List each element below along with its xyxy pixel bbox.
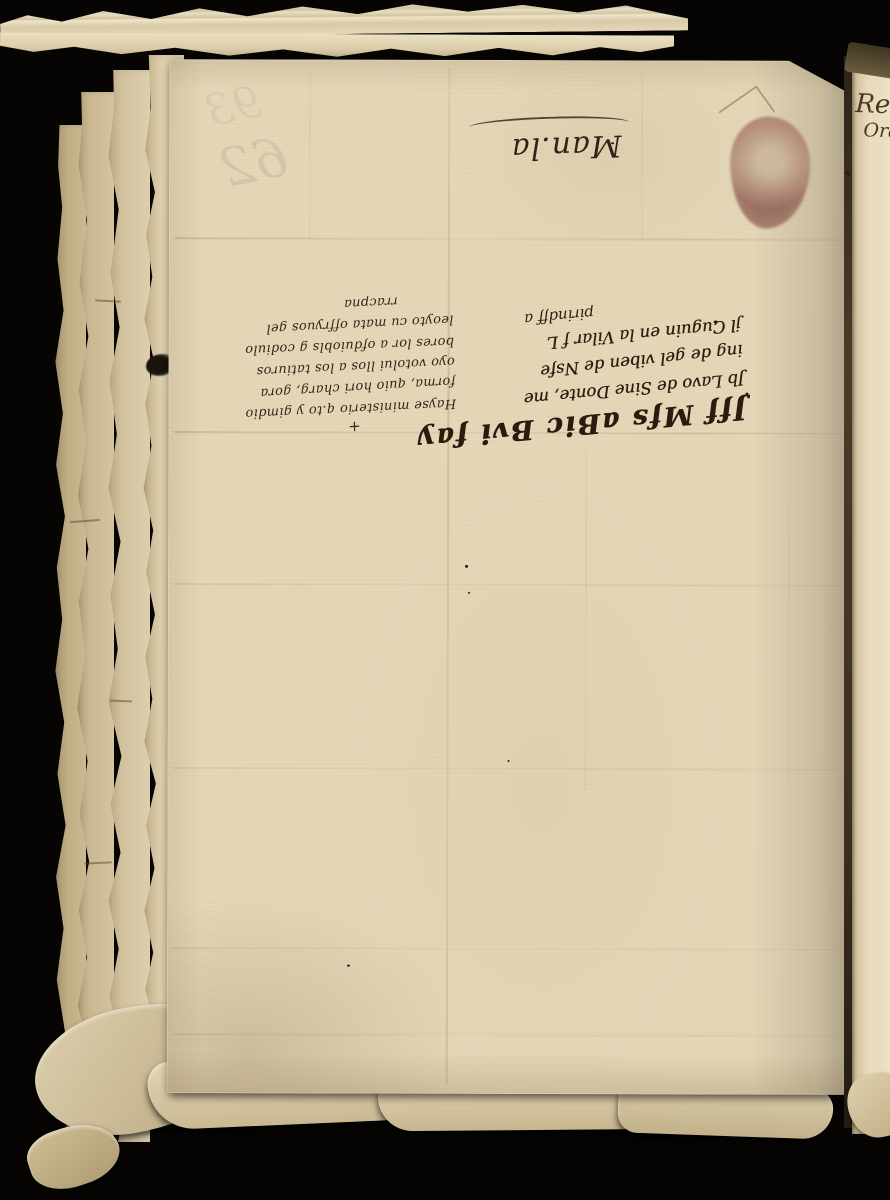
ink-speck — [745, 393, 748, 395]
docket-title-block: Man.la — [450, 93, 630, 167]
archive-photo: Man.la + Hayse ministerio q.to y gimdio … — [0, 0, 890, 1200]
ink-speck — [468, 592, 470, 594]
bleedthrough-numeral: 62 — [213, 125, 293, 201]
facing-page-sliver: Reci Ora — [852, 54, 890, 1134]
bleedthrough-numeral: 93 — [201, 76, 266, 137]
under-sheet-edge-bottom — [0, 33, 674, 60]
fold-crease — [641, 70, 643, 240]
fold-crease — [173, 767, 839, 771]
ink-speck — [347, 965, 350, 967]
wax-seal — [730, 117, 810, 229]
fold-crease — [173, 947, 839, 951]
facing-page-line: Reci — [855, 89, 890, 121]
under-sheet-edge-top — [0, 0, 688, 38]
ink-speck — [714, 321, 718, 324]
scribal-note-block: + Hayse ministerio q.to y gimdio forma, … — [212, 274, 457, 442]
facing-page-text: Reci Ora — [854, 89, 890, 143]
manuscript-page: Man.la + Hayse ministerio q.to y gimdio … — [167, 59, 848, 1095]
ink-speck — [508, 760, 510, 762]
fold-crease — [787, 481, 790, 781]
fold-crease — [309, 74, 311, 239]
fold-crease — [173, 1033, 839, 1037]
docket-title-text: Man.la — [510, 127, 630, 165]
fold-crease — [175, 237, 841, 241]
fold-crease — [446, 68, 451, 1084]
ink-speck — [465, 565, 468, 568]
address-block: Jff Mfs aBic Bvi fay Jb Lavo de Sine Don… — [479, 252, 748, 448]
facing-page-line: Ora — [854, 119, 890, 143]
ink-speck — [611, 142, 614, 144]
fold-crease — [584, 440, 587, 790]
facing-page-fold-highlight — [870, 94, 871, 1084]
fold-corner-mark — [714, 83, 784, 119]
fold-crease — [174, 583, 840, 587]
